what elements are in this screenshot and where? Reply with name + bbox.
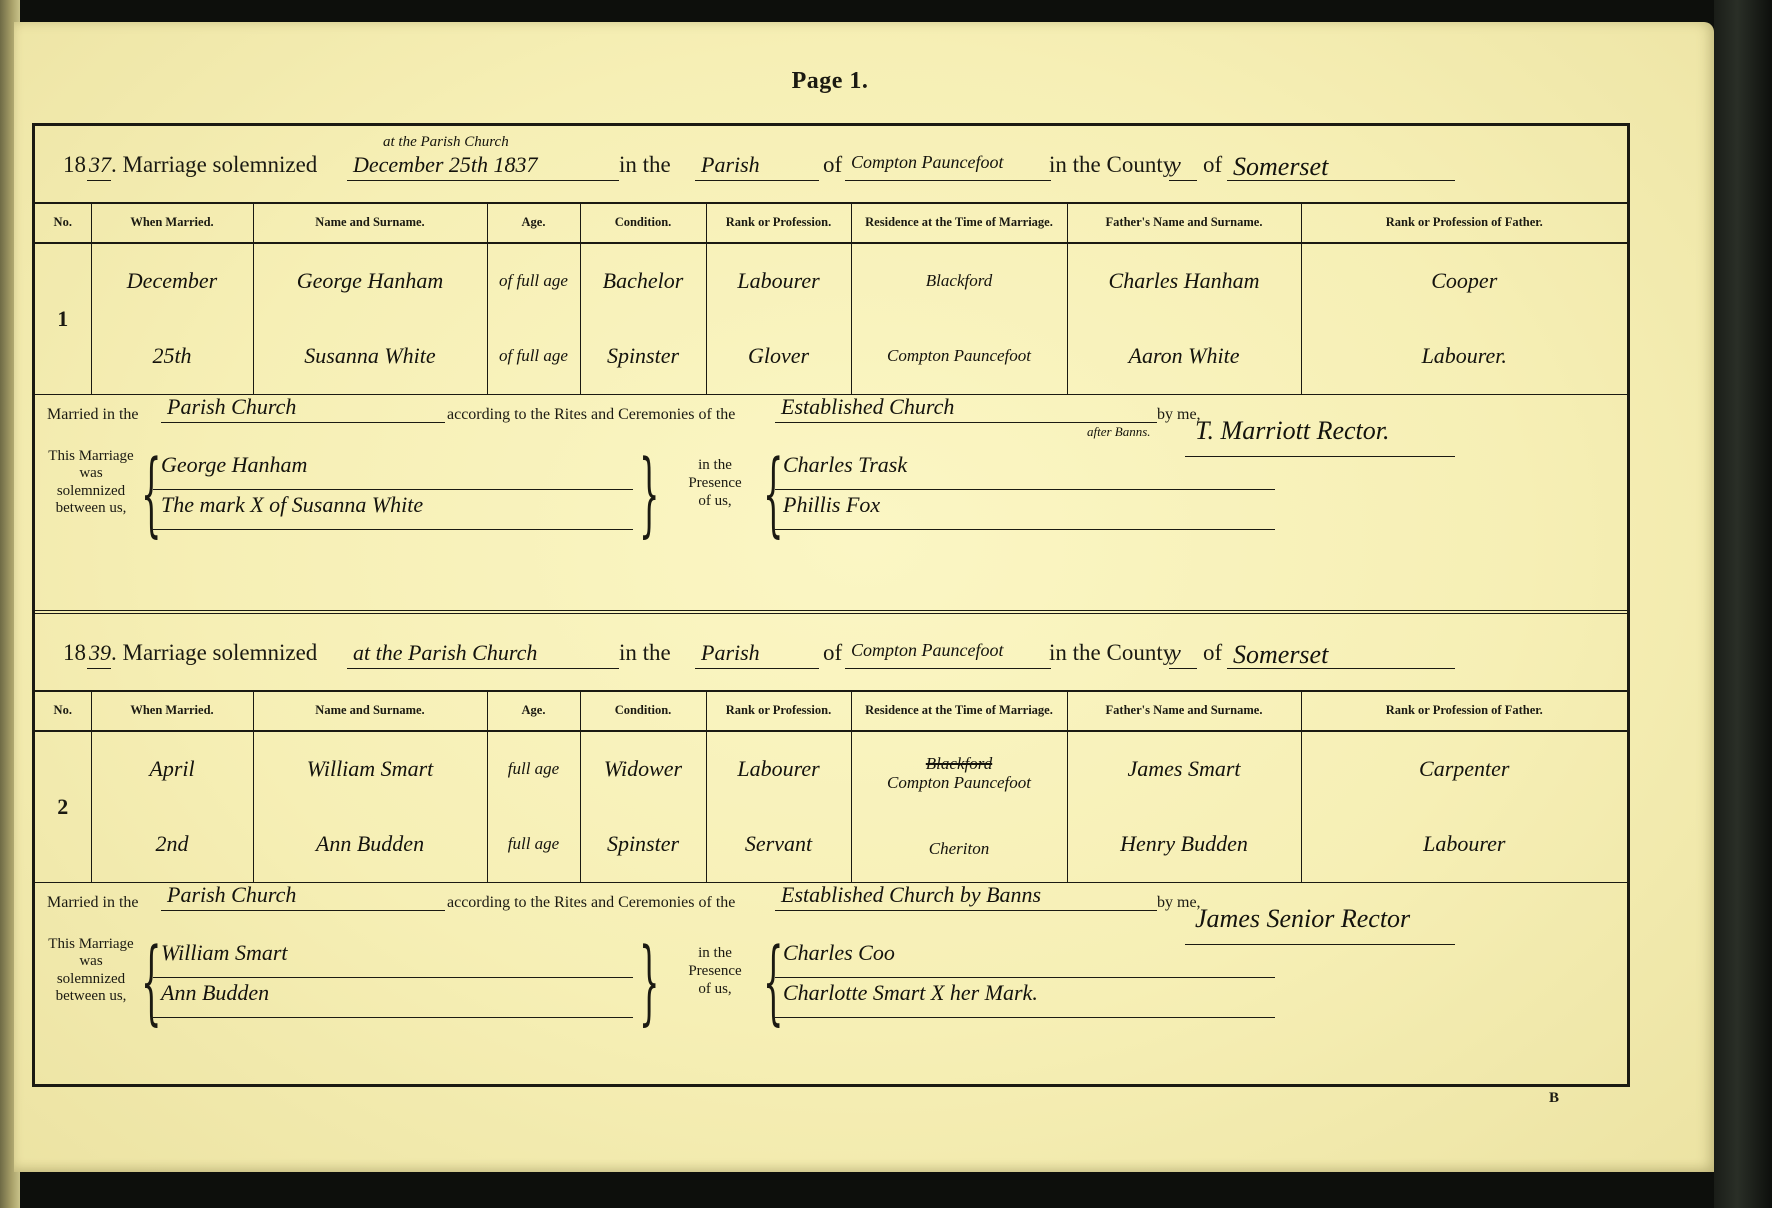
year-suffix: 37: [87, 152, 111, 181]
age-value: of full age: [488, 347, 580, 366]
married-in-place: Parish Church: [161, 394, 445, 423]
rites-of: Established Church by Banns: [775, 882, 1157, 911]
column-header: Rank or Profession of Father.: [1301, 691, 1627, 731]
father-name-value: James Smart: [1068, 757, 1301, 781]
book-binding: [1714, 0, 1772, 1208]
marriage-solemnized-label: . Marriage solemnized: [111, 640, 317, 666]
rites-label: according to the Rites and Ceremonies of…: [447, 406, 735, 424]
condition: BachelorSpinster: [580, 243, 706, 395]
father-rank-value: Labourer.: [1302, 344, 1628, 368]
witness-signature: Charles Coo: [775, 940, 1275, 978]
father-name-value: Henry Budden: [1068, 832, 1301, 856]
place-name: Compton Pauncefoot: [845, 640, 1051, 669]
party-signature: The mark X of Susanna White: [153, 492, 633, 530]
district-type: Parish: [695, 640, 819, 669]
rites-note: after Banns.: [1087, 424, 1151, 440]
signature-block: This Marriagewas solemnizedbetween us, {…: [35, 448, 1627, 548]
column-header: Rank or Profession.: [706, 691, 851, 731]
father-rank-value: Labourer: [1302, 832, 1628, 856]
condition-value: Widower: [581, 757, 706, 781]
date-part: April: [92, 757, 253, 781]
right-brace-icon: }: [639, 938, 644, 1026]
this-marriage-label: This Marriagewas solemnizedbetween us,: [41, 448, 141, 517]
this-marriage-label: This Marriagewas solemnizedbetween us,: [41, 936, 141, 1005]
county-suffix: y: [1169, 640, 1197, 669]
father-rank: CooperLabourer.: [1301, 243, 1627, 395]
name-value: Susanna White: [254, 344, 487, 368]
condition-value: Spinster: [581, 344, 706, 368]
father-name: James SmartHenry Budden: [1067, 731, 1301, 883]
residence: BlackfordCompton PauncefootCheriton: [851, 731, 1067, 883]
county-label: in the County: [1049, 640, 1174, 666]
residence-value: Blackford: [852, 272, 1067, 291]
column-header: Father's Name and Surname.: [1067, 691, 1301, 731]
column-header: Father's Name and Surname.: [1067, 203, 1301, 243]
residence-value: Blackford: [852, 755, 1067, 774]
county-name: Somerset: [1227, 152, 1455, 181]
age-value: of full age: [488, 272, 580, 291]
father-name-value: Aaron White: [1068, 344, 1301, 368]
table-row: 1 December25th George HanhamSusanna Whit…: [35, 243, 1627, 395]
county-suffix: y: [1169, 152, 1197, 181]
father-rank: CarpenterLabourer: [1301, 731, 1627, 883]
date-part: December: [92, 269, 253, 293]
age: full agefull age: [487, 731, 580, 883]
presence-label: in thePresenceof us,: [675, 944, 755, 998]
column-header: Condition.: [580, 691, 706, 731]
married-in-label: Married in the: [47, 406, 139, 424]
rites-label: according to the Rites and Ceremonies of…: [447, 894, 735, 912]
name-value: Ann Budden: [254, 832, 487, 856]
column-header: Name and Surname.: [253, 203, 487, 243]
witness-signature: Phillis Fox: [775, 492, 1275, 530]
marriage-register: 18 37 . Marriage solemnized December 25t…: [32, 123, 1630, 1087]
column-headers: No.When Married.Name and Surname.Age.Con…: [35, 691, 1627, 731]
solemnized-at: December 25th 1837: [347, 152, 619, 181]
age: of full ageof full age: [487, 243, 580, 395]
left-brace-icon: {: [763, 938, 768, 1026]
party-signature: Ann Budden: [153, 980, 633, 1018]
marriage-entry: 18 37 . Marriage solemnized December 25t…: [35, 126, 1627, 606]
county-of-label: of: [1203, 640, 1222, 666]
condition: WidowerSpinster: [580, 731, 706, 883]
rites-of: Established Church: [775, 394, 1157, 423]
column-header: Name and Surname.: [253, 691, 487, 731]
marriage-entry: 18 39 . Marriage solemnized at the Paris…: [35, 610, 1627, 1088]
married-in-place: Parish Church: [161, 882, 445, 911]
right-brace-icon: }: [639, 450, 644, 538]
of-label: of: [823, 640, 842, 666]
page-title: Page 1.: [14, 68, 1646, 95]
column-header: No.: [35, 691, 91, 731]
solemnized-note: at the Parish Church: [383, 134, 509, 151]
name-value: George Hanham: [254, 269, 487, 293]
witness-signature: Charlotte Smart X her Mark.: [775, 980, 1275, 1018]
father-name-value: Charles Hanham: [1068, 269, 1301, 293]
condition-value: Bachelor: [581, 269, 706, 293]
district-type: Parish: [695, 152, 819, 181]
in-the-label: in the: [619, 640, 671, 666]
column-header: Residence at the Time of Marriage.: [851, 203, 1067, 243]
column-header: No.: [35, 203, 91, 243]
column-header: Rank or Profession.: [706, 203, 851, 243]
rank-value: Labourer: [707, 269, 851, 293]
age-value: full age: [488, 835, 580, 854]
column-header: Age.: [487, 691, 580, 731]
entry-number: 1: [35, 243, 91, 395]
signature-mark: B: [1549, 1090, 1559, 1107]
year-prefix: 18: [63, 640, 86, 666]
date-part: 2nd: [92, 832, 253, 856]
entry-table: No.When Married.Name and Surname.Age.Con…: [35, 690, 1627, 883]
county-label: in the County: [1049, 152, 1174, 178]
name-value: William Smart: [254, 757, 487, 781]
year-prefix: 18: [63, 152, 86, 178]
father-rank-value: Cooper: [1302, 269, 1628, 293]
age-value: full age: [488, 760, 580, 779]
name-and-surname: George HanhamSusanna White: [253, 243, 487, 395]
rank-value: Labourer: [707, 757, 851, 781]
column-header: Residence at the Time of Marriage.: [851, 691, 1067, 731]
column-header: When Married.: [91, 203, 253, 243]
condition-value: Spinster: [581, 832, 706, 856]
entry-heading: 18 37 . Marriage solemnized December 25t…: [63, 144, 1607, 188]
father-rank-value: Carpenter: [1302, 757, 1628, 781]
left-brace-icon: {: [763, 450, 768, 538]
year-suffix: 39: [87, 640, 111, 669]
place-name: Compton Pauncefoot: [845, 152, 1051, 181]
column-header: Age.: [487, 203, 580, 243]
column-headers: No.When Married.Name and Surname.Age.Con…: [35, 203, 1627, 243]
residence-value: Cheriton: [852, 840, 1067, 859]
father-name: Charles HanhamAaron White: [1067, 243, 1301, 395]
name-and-surname: William SmartAnn Budden: [253, 731, 487, 883]
entry-heading: 18 39 . Marriage solemnized at the Paris…: [63, 632, 1607, 676]
residence-value: Compton Pauncefoot: [852, 774, 1067, 793]
residence-value: Compton Pauncefoot: [852, 347, 1067, 366]
solemnized-at: at the Parish Church: [347, 640, 619, 669]
when-married: April2nd: [91, 731, 253, 883]
residence: BlackfordCompton Pauncefoot: [851, 243, 1067, 395]
entry-table: No.When Married.Name and Surname.Age.Con…: [35, 202, 1627, 395]
when-married: December25th: [91, 243, 253, 395]
date-part: 25th: [92, 344, 253, 368]
column-header: When Married.: [91, 691, 253, 731]
column-header: Condition.: [580, 203, 706, 243]
rank-or-profession: LabourerGlover: [706, 243, 851, 395]
column-header: Rank or Profession of Father.: [1301, 203, 1627, 243]
party-signature: William Smart: [153, 940, 633, 978]
rank-or-profession: LabourerServant: [706, 731, 851, 883]
signature-block: This Marriagewas solemnizedbetween us, {…: [35, 936, 1627, 1036]
party-signature: George Hanham: [153, 452, 633, 490]
of-label: of: [823, 152, 842, 178]
county-name: Somerset: [1227, 640, 1455, 669]
entry-number: 2: [35, 731, 91, 883]
in-the-label: in the: [619, 152, 671, 178]
left-brace-icon: {: [141, 938, 146, 1026]
register-page: Page 1. 18 37 . Marriage solemnized Dece…: [14, 22, 1714, 1172]
county-of-label: of: [1203, 152, 1222, 178]
rank-value: Servant: [707, 832, 851, 856]
left-brace-icon: {: [141, 450, 146, 538]
rank-value: Glover: [707, 344, 851, 368]
table-row: 2 April2nd William SmartAnn Budden full …: [35, 731, 1627, 883]
witness-signature: Charles Trask: [775, 452, 1275, 490]
presence-label: in thePresenceof us,: [675, 456, 755, 510]
married-in-label: Married in the: [47, 894, 139, 912]
marriage-solemnized-label: . Marriage solemnized: [111, 152, 317, 178]
